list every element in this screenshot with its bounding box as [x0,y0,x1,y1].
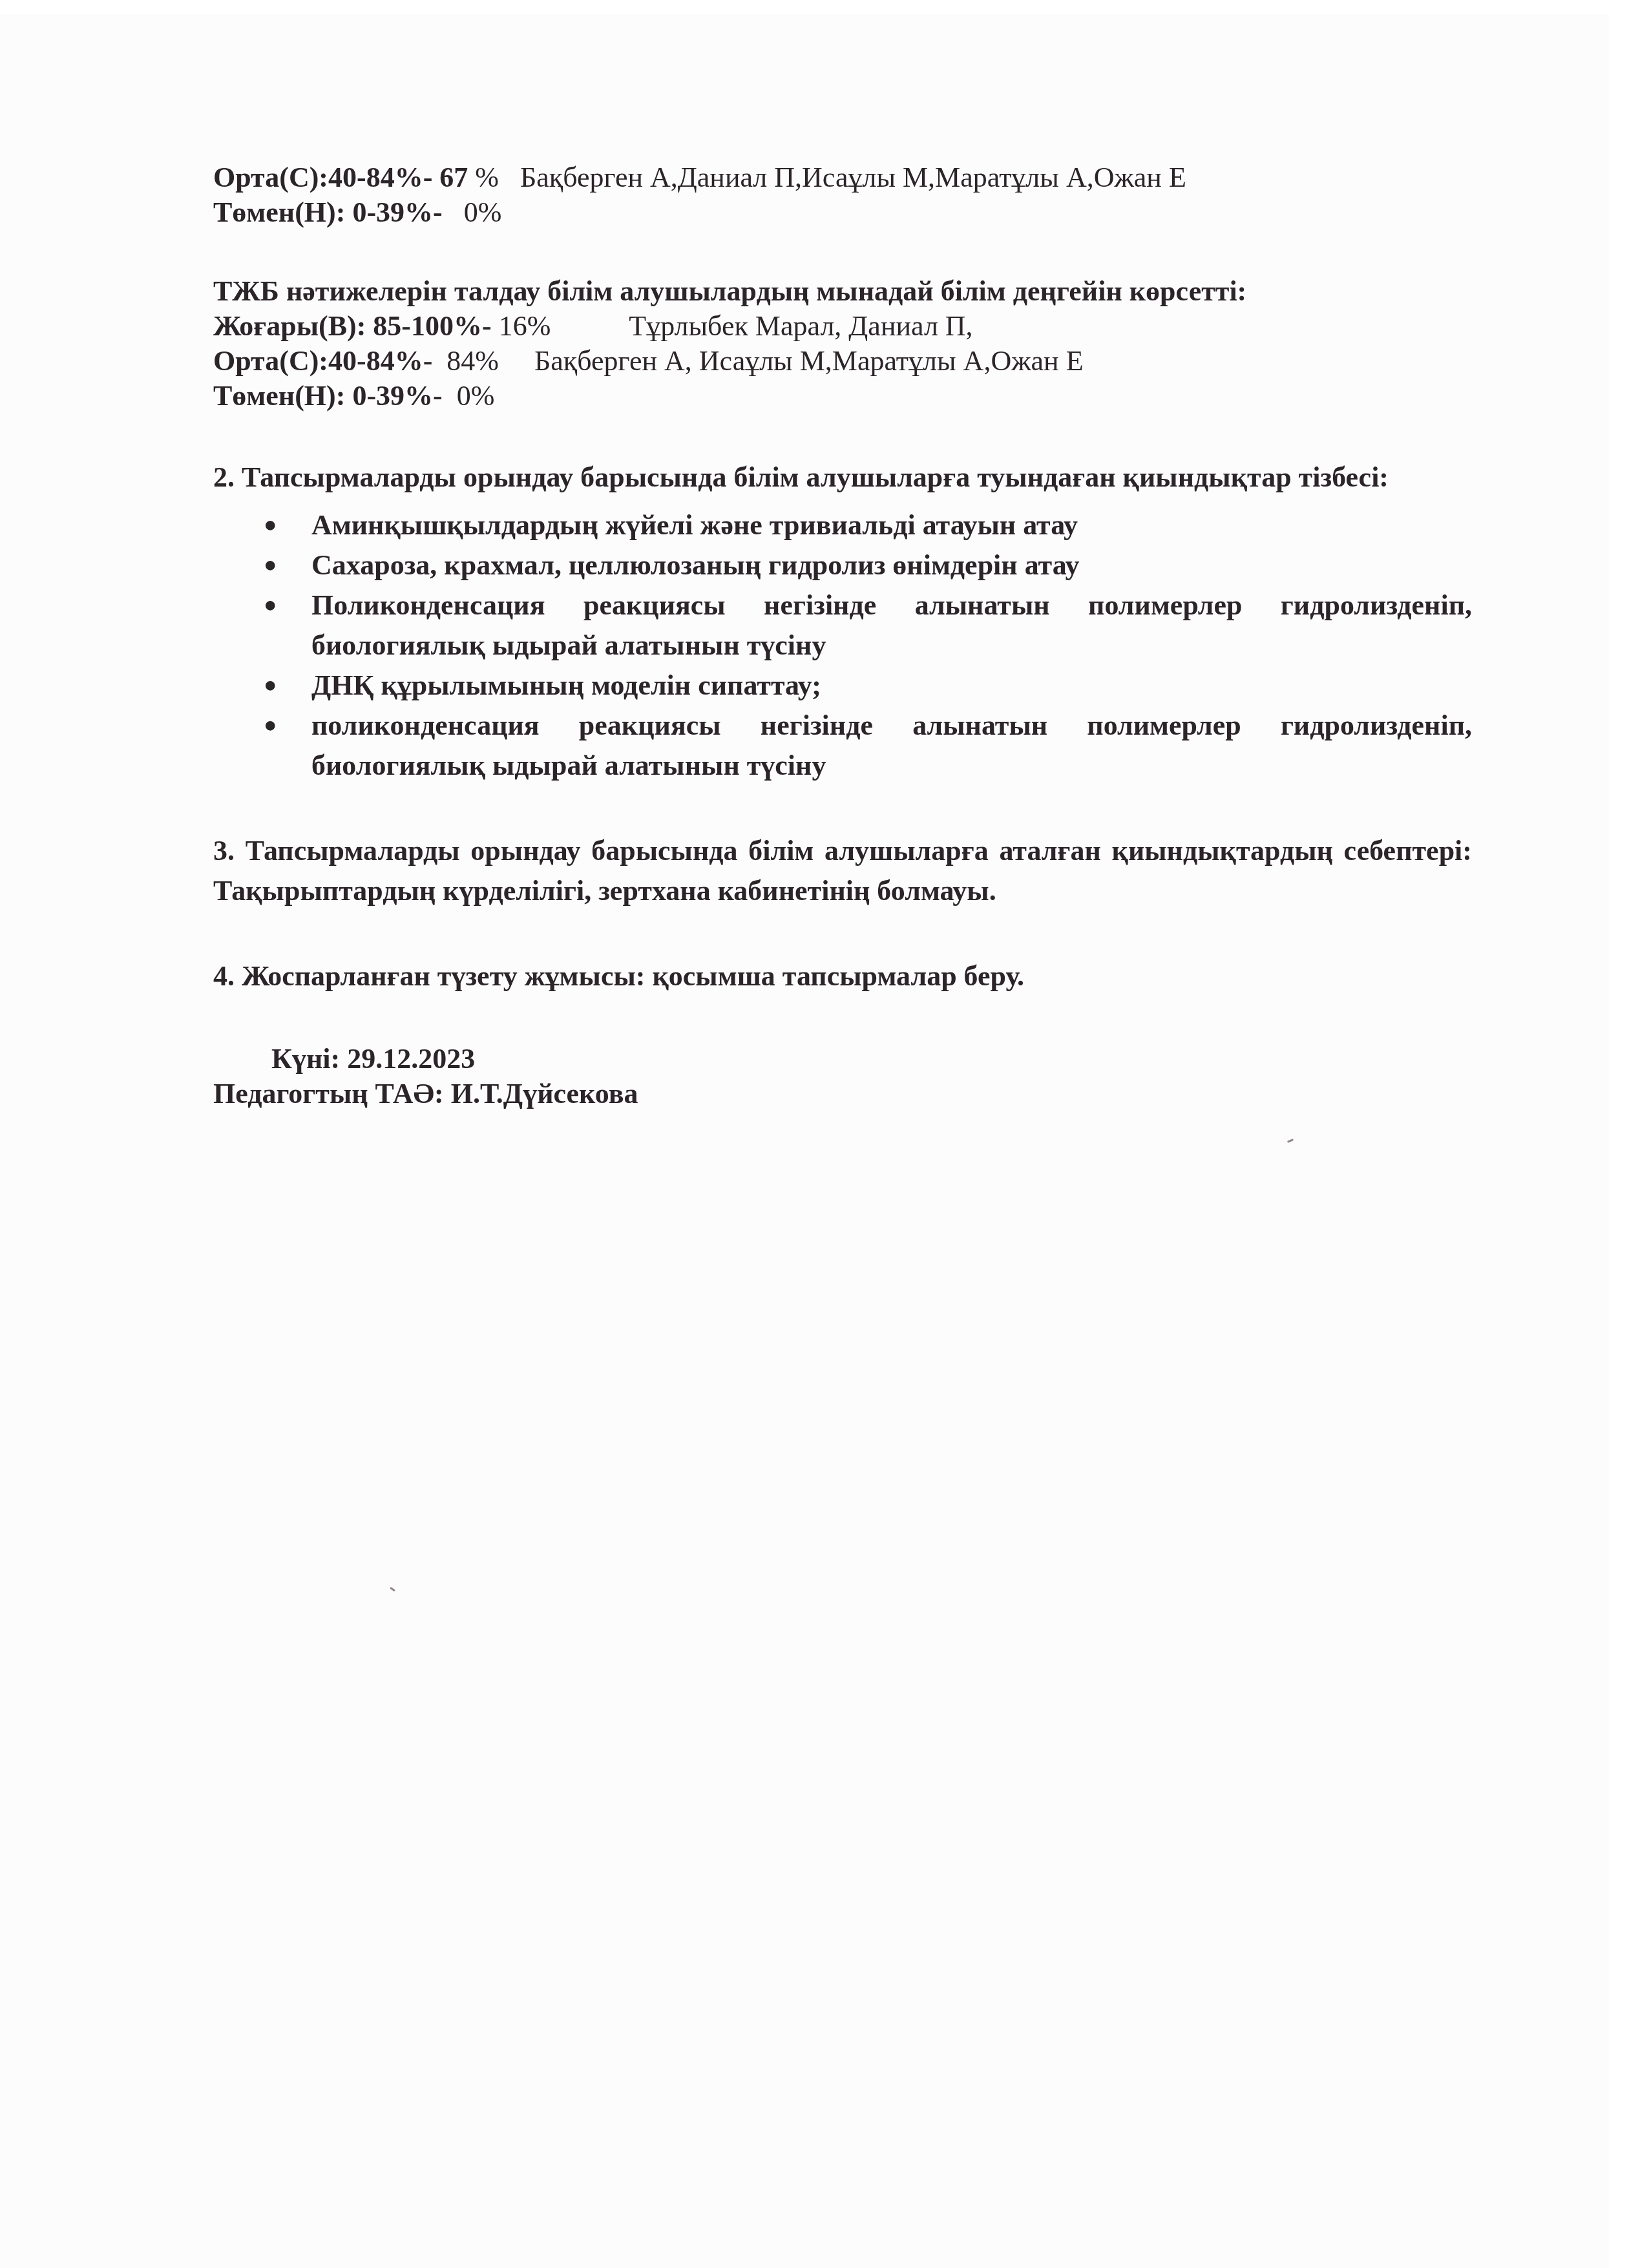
spacer [443,196,464,228]
difficulties-list: ●Аминқышқылдардың жүйелі және тривиальді… [213,505,1472,786]
bullet-icon: ● [264,585,277,625]
bullet-icon: ● [264,505,277,545]
signature-teacher: Педагогтың ТАӘ: И.Т.Дүйсекова [213,1076,1472,1111]
bullet-icon: ● [264,706,277,746]
result-medium-unit: % [468,162,499,193]
bullet-icon: ● [264,545,277,585]
difficulty-text: Аминқышқылдардың жүйелі және тривиальді … [311,509,1078,541]
tjb-low-row: Төмен(Н): 0-39%- 0% [213,379,1472,414]
bullet-icon: ● [264,666,277,706]
result-low-row: Төмен(Н): 0-39%- 0% [213,195,1472,230]
tjb-medium-label: Орта(С):40-84%- [213,345,432,377]
spacer [213,786,1472,831]
difficulty-text: ДНҚ құрылымының моделін сипаттау; [311,669,821,701]
section-4-correction-plan: 4. Жоспарланған түзету жұмысы: қосымша т… [213,956,1472,996]
tjb-medium-students: Бақберген А, Исаұлы М,Маратұлы А,Ожан Е [534,345,1084,377]
spacer [432,345,446,377]
result-medium-row: Орта(С):40-84%- 67 % Бақберген А,Даниал … [213,160,1472,195]
spacer [213,230,1472,274]
tjb-low-label: Төмен(Н): 0-39%- [213,380,443,412]
document-body: Орта(С):40-84%- 67 % Бақберген А,Даниал … [213,160,1472,1111]
result-medium-label: Орта(С):40-84%- 67 [213,162,468,193]
spacer [499,345,534,377]
tjb-low-value: 0% [457,380,495,412]
signature-date: Күні: 29.12.2023 [213,1042,1472,1076]
difficulty-text: поликонденсация реакциясы негізінде алын… [311,709,1472,781]
spacer [213,996,1472,1042]
tjb-high-value: 16% [499,310,551,342]
difficulty-text: Поликонденсация реакциясы негізінде алын… [311,589,1472,661]
difficulty-text: Сахароза, крахмал, целлюлозаның гидролиз… [311,549,1079,581]
tjb-heading: ТЖБ нәтижелерін талдау білім алушылардың… [213,274,1472,309]
difficulty-item: ●ДНҚ құрылымының моделін сипаттау; [213,666,1472,706]
tjb-medium-value: 84% [446,345,499,377]
result-low-label: Төмен(Н): 0-39%- [213,196,443,228]
result-low-value: 0% [464,196,502,228]
difficulty-item: ●поликонденсация реакциясы негізінде алы… [213,706,1472,786]
spacer [443,380,457,412]
spacer [213,911,1472,956]
result-medium-spacer [499,162,520,193]
section-2-heading: 2. Тапсырмаларды орындау барысында білім… [213,457,1472,498]
tjb-high-label: Жоғары(В): 85-100%- [213,310,492,342]
difficulty-item: ●Аминқышқылдардың жүйелі және тривиальді… [213,505,1472,545]
result-medium-students: Бақберген А,Даниал П,Исаұлы М,Маратұлы А… [520,162,1186,193]
spacer [492,310,499,342]
tjb-high-row: Жоғары(В): 85-100%- 16% Тұрлыбек Марал, … [213,309,1472,344]
spacer [551,310,629,342]
spacer [213,414,1472,457]
section-3-causes: 3. Тапсырмаларды орындау барысында білім… [213,831,1472,911]
difficulty-item: ●Поликонденсация реакциясы негізінде алы… [213,585,1472,666]
tjb-high-students: Тұрлыбек Марал, Даниал П, [629,310,972,342]
difficulty-item: ●Сахароза, крахмал, целлюлозаның гидроли… [213,545,1472,585]
tjb-medium-row: Орта(С):40-84%- 84% Бақберген А, Исаұлы … [213,344,1472,379]
